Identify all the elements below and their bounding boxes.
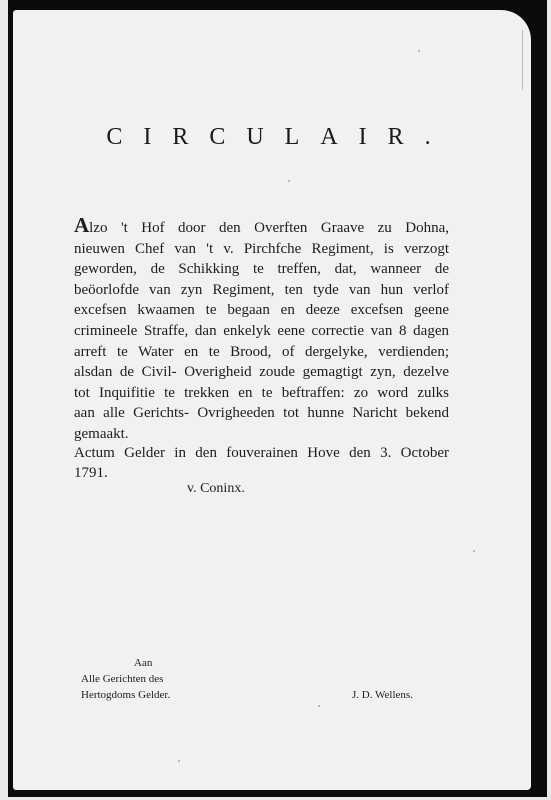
body-line: nieuwen Chef van 't v. Pirchfche Regimen…: [74, 239, 449, 260]
paper-speck: [318, 705, 320, 707]
paper-speck: [178, 760, 180, 762]
body-line: beöorlofde van zyn Regiment, ten tyde va…: [74, 280, 449, 301]
body-line: Alzo 't Hof door den Overften Graave zu …: [74, 215, 449, 239]
drop-cap: A: [74, 213, 89, 237]
paper-speck: [288, 180, 290, 182]
body-line: excefsen kwaamen te begaan en deeze exce…: [74, 300, 449, 321]
paper-speck: [473, 550, 475, 552]
printer-name: J. D. Wellens.: [352, 689, 413, 701]
address-to: Aan: [134, 657, 152, 669]
body-line: geworden, de Schikking te treffen, dat, …: [74, 259, 449, 280]
address-line-1: Alle Gerichten des: [81, 673, 163, 685]
paper-speck: [418, 50, 420, 52]
circular-body: Alzo 't Hof door den Overften Graave zu …: [74, 215, 449, 445]
body-line: alsdan de Civil- Overigheid zoude gemagt…: [74, 362, 449, 383]
paper-fold-edge: [522, 30, 531, 90]
body-line: crimineele Straffe, dan enkelyk eene cor…: [74, 321, 449, 342]
body-line: tot Inquifitie te trekken en te beftraff…: [74, 383, 449, 404]
signatory: v. Coninx.: [187, 481, 245, 497]
body-line: gemaakt.: [74, 424, 449, 445]
document-title: CIRCULAIR.: [27, 124, 531, 151]
address-line-2: Hertogdoms Gelder.: [81, 689, 170, 701]
actum-line: Actum Gelder in den fouverainen Hove den…: [74, 443, 449, 464]
body-line: aan alle Gerichts- Ovrigheeden tot hunne…: [74, 403, 449, 424]
document-page: CIRCULAIR. Alzo 't Hof door den Overften…: [13, 10, 531, 790]
body-line: arreft te Water en te Brood, of dergelyk…: [74, 342, 449, 363]
year: 1791.: [74, 465, 108, 482]
